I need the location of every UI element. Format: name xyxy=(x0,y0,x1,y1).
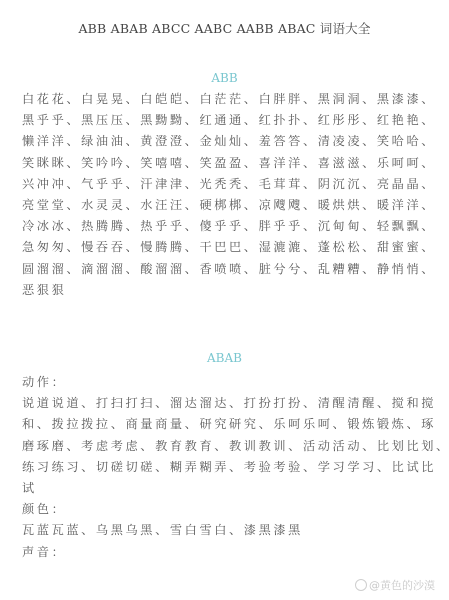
category-label-action: 动作： xyxy=(22,372,442,393)
watermark: @黄色的沙漠 xyxy=(355,577,435,593)
text-line: 瓦蓝瓦蓝、乌黑乌黑、雪白雪白、漆黑漆黑 xyxy=(22,520,442,541)
text-line: 兴冲冲、气乎乎、汗津津、光秃秃、毛茸茸、阴沉沉、亮晶晶、 xyxy=(22,174,442,195)
section-heading-abab: ABAB xyxy=(0,351,449,365)
text-line: 圆溜溜、滴溜溜、酸溜溜、香喷喷、脏兮兮、乱糟糟、静悄悄、 xyxy=(22,259,442,280)
text-line: 白花花、白晃晃、白皑皑、白茫茫、白胖胖、黑洞洞、黑漆漆、 xyxy=(22,89,442,110)
text-line: 说道说道、打扫打扫、溜达溜达、打扮打扮、清醒清醒、搅和搅 xyxy=(22,393,442,414)
text-line: 冷冰冰、热腾腾、热乎乎、傻乎乎、胖乎乎、沉甸甸、轻飘飘、 xyxy=(22,216,442,237)
category-label-sound: 声音： xyxy=(22,542,442,563)
section-heading-abb: ABB xyxy=(0,71,449,85)
text-line: 磨琢磨、考虑考虑、教育教育、教训教训、活动活动、比划比划、 xyxy=(22,436,442,457)
text-line: 懒洋洋、绿油油、黄澄澄、金灿灿、羞答答、清凌凌、笑哈哈、 xyxy=(22,131,442,152)
text-line: 试 xyxy=(22,478,442,499)
text-line: 恶狠狠 xyxy=(22,280,442,301)
logo-icon xyxy=(355,579,367,591)
text-line: 和、拨拉拨拉、商量商量、研究研究、乐呵乐呵、锻炼锻炼、琢 xyxy=(22,414,442,435)
watermark-text: @黄色的沙漠 xyxy=(369,579,435,592)
section-abb-lines: 白花花、白晃晃、白皑皑、白茫茫、白胖胖、黑洞洞、黑漆漆、 黑乎乎、黑压压、黑黝黝… xyxy=(22,89,442,301)
document-title: ABB ABAB ABCC AABC AABB ABAC 词语大全 xyxy=(0,19,449,37)
text-line: 亮堂堂、水灵灵、水汪汪、硬梆梆、凉飕飕、暖烘烘、暖洋洋、 xyxy=(22,195,442,216)
text-line: 笑眯眯、笑吟吟、笑嘻嘻、笑盈盈、喜洋洋、喜滋滋、乐呵呵、 xyxy=(22,153,442,174)
text-line: 黑乎乎、黑压压、黑黝黝、红通通、红扑扑、红彤彤、红艳艳、 xyxy=(22,110,442,131)
category-label-color: 颜色： xyxy=(22,499,442,520)
section-abab-lines: 动作： 说道说道、打扫打扫、溜达溜达、打扮打扮、清醒清醒、搅和搅 和、拨拉拨拉、… xyxy=(22,372,442,563)
text-line: 急匆匆、慢吞吞、慢腾腾、干巴巴、湿漉漉、蓬松松、甜蜜蜜、 xyxy=(22,237,442,258)
text-line: 练习练习、切磋切磋、糊弄糊弄、考验考验、学习学习、比试比 xyxy=(22,457,442,478)
